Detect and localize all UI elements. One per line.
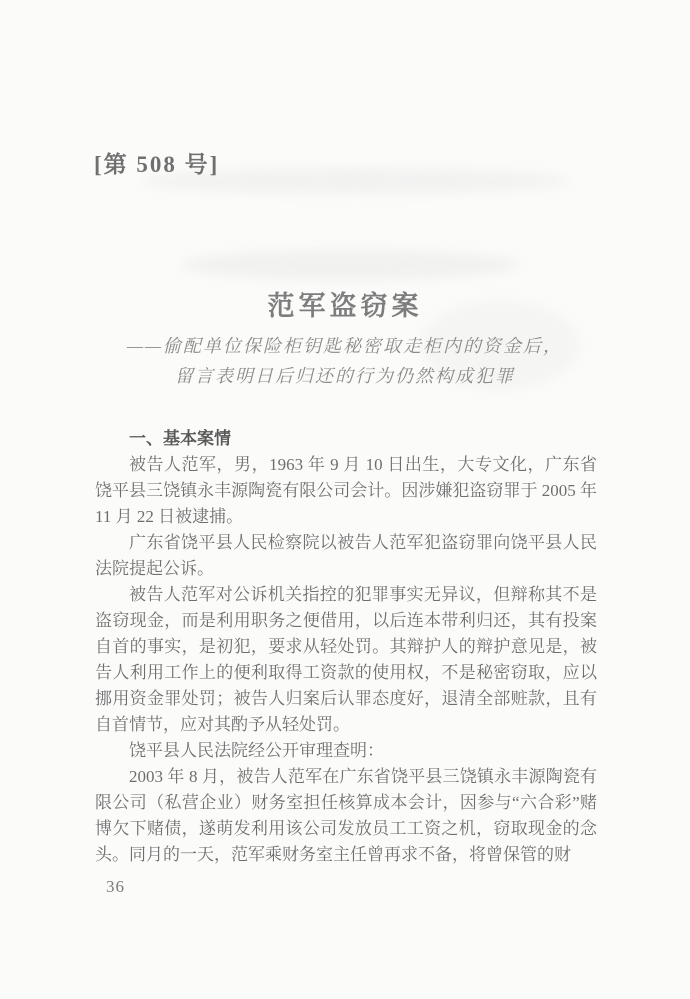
case-subtitle: ——偷配单位保险柜钥匙秘密取走柜内的资金后， 留言表明日后归还的行为仍然构成犯罪 bbox=[0, 331, 690, 391]
subtitle-line-1: ——偷配单位保险柜钥匙秘密取走柜内的资金后， bbox=[0, 331, 690, 361]
subtitle-line-2: 留言表明日后归还的行为仍然构成犯罪 bbox=[0, 361, 690, 391]
paragraph-defense-arguments: 被告人范军对公诉机关指控的犯罪事实无异议，但辩称其不是盗窃现金，而是利用职务之便… bbox=[95, 582, 597, 738]
body-text-block: 一、基本案情 被告人范军，男，1963 年 9 月 10 日出生，大专文化，广东… bbox=[95, 426, 597, 868]
scan-smudge bbox=[180, 250, 520, 280]
paragraph-defendant-info: 被告人范军，男，1963 年 9 月 10 日出生，大专文化，广东省饶平县三饶镇… bbox=[95, 452, 597, 530]
section-heading: 一、基本案情 bbox=[95, 426, 597, 452]
case-title: 范军盗窃案 bbox=[0, 284, 690, 323]
case-number-label: [第 508 号] bbox=[94, 146, 219, 179]
paragraph-case-facts: 2003 年 8 月，被告人范军在广东省饶平县三饶镇永丰源陶瓷有限公司（私营企业… bbox=[95, 764, 597, 868]
paragraph-court-finding-intro: 饶平县人民法院经公开审理查明： bbox=[95, 738, 597, 764]
paragraph-prosecution: 广东省饶平县人民检察院以被告人范军犯盗窃罪向饶平县人民法院提起公诉。 bbox=[95, 530, 597, 582]
page-number: 36 bbox=[106, 877, 125, 897]
scanned-book-page: [第 508 号] 范军盗窃案 ——偷配单位保险柜钥匙秘密取走柜内的资金后， 留… bbox=[0, 0, 690, 999]
